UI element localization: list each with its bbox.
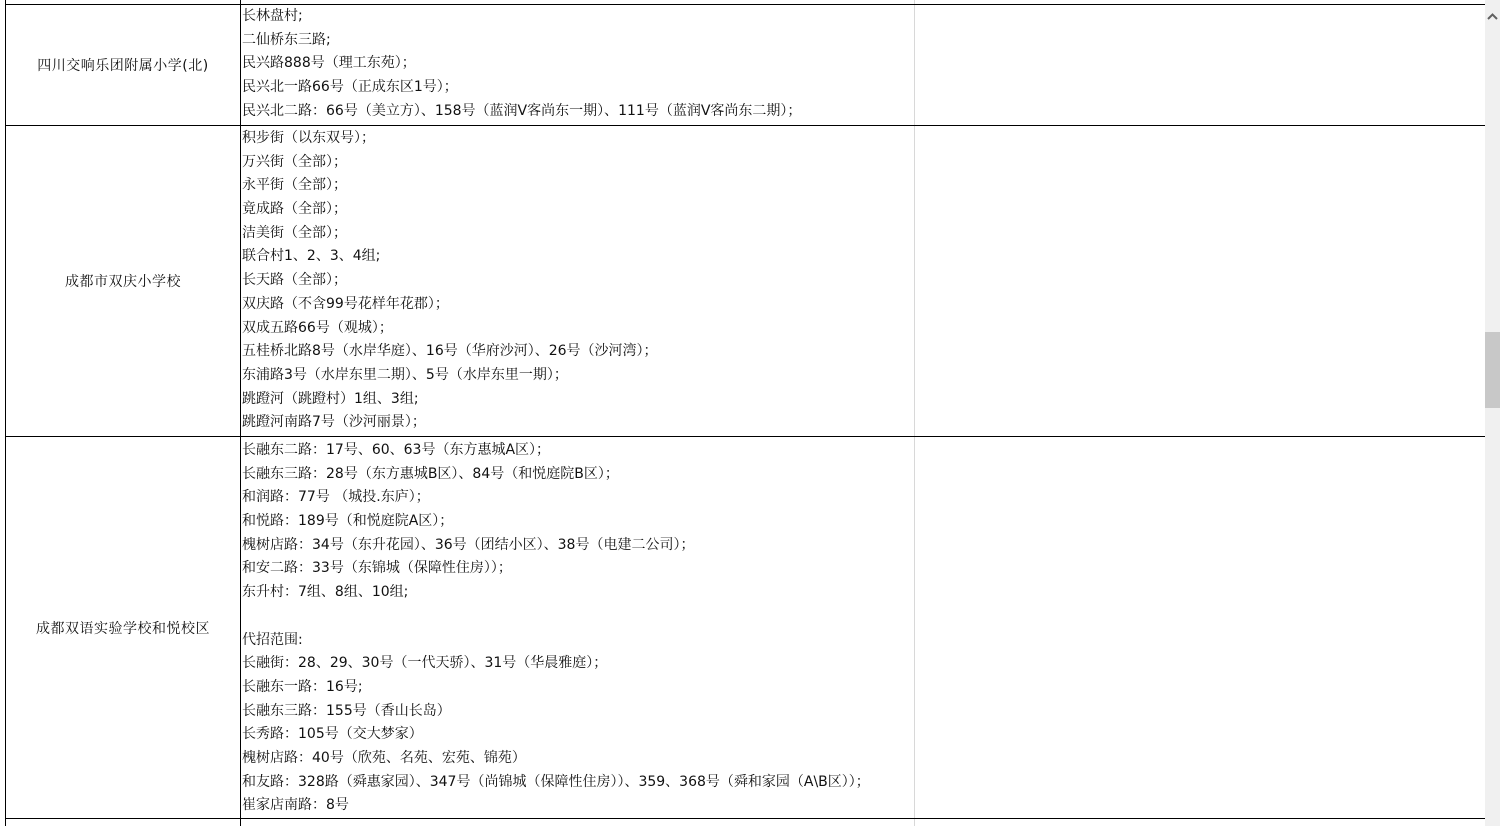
area-line: 民兴北一路66号（正成东区1号）； <box>242 76 801 100</box>
area-line: 长融东二路：17号、60、63号（东方惠城A区）； <box>242 439 870 463</box>
area-line: 永平街（全部）； <box>242 174 658 198</box>
row-border <box>5 818 1485 819</box>
area-line: 长林盘村; <box>242 5 801 29</box>
table-row[interactable]: 成都市双庆小学校 积步街（以东双号）； 万兴街（全部）； 永平街（全部）； 竟成… <box>6 126 1485 436</box>
area-line: 竟成路（全部）； <box>242 198 658 222</box>
area-line: 槐树店路：40号（欣苑、名苑、宏苑、锦苑） <box>242 747 870 771</box>
vertical-scrollbar[interactable] <box>1485 0 1500 826</box>
enrollment-area-cell[interactable]: 长融东二路：17号、60、63号（东方惠城A区）； 长融东三路：28号（东方惠城… <box>242 439 870 818</box>
area-line: 联合村1、2、3、4组; <box>242 245 658 269</box>
enrollment-area-cell[interactable]: 积步街（以东双号）； 万兴街（全部）； 永平街（全部）； 竟成路（全部）； 洁美… <box>242 127 658 435</box>
area-line: 长融街：28、29、30号（一代天骄）、31号（华晨雅庭）； <box>242 652 870 676</box>
area-line-blank <box>242 605 870 629</box>
spreadsheet-viewport: 四川交响乐团附属小学(北) 长林盘村; 二仙桥东三路; 民兴路888号（理工东苑… <box>0 0 1485 826</box>
area-line: 长融东三路：28号（东方惠城B区）、84号（和悦庭院B区）； <box>242 463 870 487</box>
scrollbar-thumb[interactable] <box>1485 332 1500 408</box>
school-name-cell[interactable]: 成都市双庆小学校 <box>6 126 240 436</box>
area-line: 长融东三路：155号（香山长岛） <box>242 700 870 724</box>
enrollment-area-cell[interactable]: 长林盘村; 二仙桥东三路; 民兴路888号（理工东苑）； 民兴北一路66号（正成… <box>242 5 801 123</box>
area-line: 东升村：7组、8组、10组; <box>242 581 870 605</box>
area-line: 二仙桥东三路; <box>242 29 801 53</box>
school-name-cell[interactable]: 四川交响乐团附属小学(北) <box>6 5 240 125</box>
area-line: 民兴路888号（理工东苑）； <box>242 52 801 76</box>
area-line: 双成五路66号（观城）； <box>242 317 658 341</box>
area-line: 跳蹬河南路7号（沙河丽景）； <box>242 411 658 435</box>
area-line: 洁美街（全部）； <box>242 222 658 246</box>
area-line: 代招范围: <box>242 629 870 653</box>
area-line: 槐树店路：34号（东升花园）、36号（团结小区）、38号（电建二公司）； <box>242 534 870 558</box>
table-row[interactable]: 四川交响乐团附属小学(北) 长林盘村; 二仙桥东三路; 民兴路888号（理工东苑… <box>6 5 1485 125</box>
area-line: 长秀路：105号（交大梦家） <box>242 723 870 747</box>
area-line: 和润路：77号 （城投.东庐）； <box>242 486 870 510</box>
area-line: 长天路（全部）； <box>242 269 658 293</box>
area-line: 万兴街（全部）； <box>242 151 658 175</box>
area-line: 民兴北二路：66号（美立方）、158号（蓝润V客尚东一期）、111号（蓝润V客尚… <box>242 100 801 124</box>
area-line: 东浦路3号（水岸东里二期）、5号（水岸东里一期）； <box>242 364 658 388</box>
chevron-up-icon <box>1487 13 1498 20</box>
area-line: 五桂桥北路8号（水岸华庭）、16号（华府沙河）、26号（沙河湾）； <box>242 340 658 364</box>
area-line: 积步街（以东双号）； <box>242 127 658 151</box>
area-line: 长融东一路：16号; <box>242 676 870 700</box>
area-line: 和悦路：189号（和悦庭院A区）； <box>242 510 870 534</box>
area-line: 和安二路：33号（东锦城（保障性住房））； <box>242 557 870 581</box>
area-line: 跳蹬河（跳蹬村）1组、3组; <box>242 388 658 412</box>
table-row[interactable]: 成都双语实验学校和悦校区 长融东二路：17号、60、63号（东方惠城A区）； 长… <box>6 437 1485 818</box>
scroll-up-button[interactable] <box>1485 8 1500 24</box>
school-name-cell[interactable]: 成都双语实验学校和悦校区 <box>6 437 240 818</box>
area-line: 双庆路（不含99号花样年花郡）； <box>242 293 658 317</box>
area-line: 崔家店南路：8号 <box>242 794 870 818</box>
area-line: 和友路：328路（舜惠家园）、347号（尚锦城（保障性住房））、359、368号… <box>242 771 870 795</box>
